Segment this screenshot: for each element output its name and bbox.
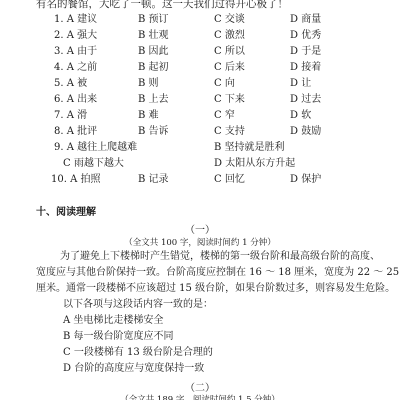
passage-1-line-1: 为了避免上下楼梯时产生错觉，楼梯的第一级台阶和最高级台阶的高度、 xyxy=(60,250,380,264)
question-row-9: 9. A 越往上爬越难 B 坚持就是胜利 xyxy=(0,141,400,155)
option-b: B 起初 xyxy=(138,61,169,75)
option-a: 2. A 强大 xyxy=(54,29,97,43)
option-a: 10. A 拍照 xyxy=(51,173,101,187)
option-c: C 雨越下越大 xyxy=(63,157,124,171)
option-c: C 支持 xyxy=(214,125,245,139)
question-row-3: 3. A 由于 B 因此 C 所以 D 于是 xyxy=(0,45,400,59)
question-row-6: 6. A 出来 B 上去 C 下来 D 过去 xyxy=(0,93,400,107)
option-a: 8. A 批评 xyxy=(54,125,97,139)
passage-1-option-c: C 一段楼梯有 13 级台阶是合理的 xyxy=(63,346,213,360)
question-row-2: 2. A 强大 B 壮观 C 激烈 D 优秀 xyxy=(0,29,400,43)
passage-1-number: （一） xyxy=(0,221,400,236)
option-c: C 后来 xyxy=(214,61,245,75)
option-a: 6. A 出来 xyxy=(54,93,97,107)
option-d: D 太阳从东方升起 xyxy=(214,157,295,171)
passage-1-option-d: D 台阶的高度应与宽度保持一致 xyxy=(63,362,204,376)
option-a: 1. A 建议 xyxy=(54,13,97,27)
option-c: C 回忆 xyxy=(214,173,245,187)
option-d: D 商量 xyxy=(290,13,321,27)
option-c: C 交谈 xyxy=(214,13,245,27)
option-d: D 让 xyxy=(290,77,311,91)
question-row-9b: C 雨越下越大 D 太阳从东方升起 xyxy=(0,157,400,171)
option-d: D 过去 xyxy=(290,93,321,107)
option-b: B 坚持就是胜利 xyxy=(214,141,285,155)
option-c: C 所以 xyxy=(214,45,245,59)
passage-1-meta: （全文共 100 字，阅读时间约 1 分钟） xyxy=(0,236,400,248)
section-title: 十、阅读理解 xyxy=(36,203,96,218)
question-row-10: 10. A 拍照 B 记录 C 回忆 D 保护 xyxy=(0,173,400,187)
passage-1-line-3: 厘米。通常一段楼梯不应该超过 15 级台阶，如果台阶数过多，则容易发生危险。 xyxy=(36,282,395,296)
option-b: B 则 xyxy=(138,77,159,91)
passage-1-line-2: 宽度应与其他台阶保持一致。台阶高度应控制在 16 ～ 18 厘米，宽度为 22 … xyxy=(36,266,399,280)
option-c: C 激烈 xyxy=(214,29,245,43)
passage-1-option-a: A 坐电梯比走楼梯安全 xyxy=(63,314,163,328)
option-c: C 向 xyxy=(214,77,235,91)
option-c: C 窄 xyxy=(214,109,235,123)
option-a: 5. A 被 xyxy=(54,77,87,91)
question-row-8: 8. A 批评 B 告诉 C 支持 D 鼓励 xyxy=(0,125,400,139)
option-b: B 记录 xyxy=(138,173,169,187)
option-b: B 上去 xyxy=(138,93,169,107)
option-d: D 鼓励 xyxy=(290,125,321,139)
option-d: D 软 xyxy=(290,109,311,123)
option-d: D 保护 xyxy=(290,173,321,187)
question-row-7: 7. A 滑 B 难 C 窄 D 软 xyxy=(0,109,400,123)
passage-1-question: 以下各项与这段话内容一致的是： xyxy=(63,298,213,312)
question-row-4: 4. A 之前 B 起初 C 后来 D 接着 xyxy=(0,61,400,75)
question-row-1: 1. A 建议 B 预订 C 交谈 D 商量 xyxy=(0,13,400,27)
intro-line: 有名的餐馆，大吃了一顿。这一天我们过得开心极了！ xyxy=(36,0,288,10)
option-d: D 于是 xyxy=(290,45,321,59)
option-b: B 难 xyxy=(138,109,159,123)
option-d: D 优秀 xyxy=(290,29,321,43)
option-c: C 下来 xyxy=(214,93,245,107)
passage-1-option-b: B 每一级台阶宽度应不同 xyxy=(63,330,174,344)
option-b: B 告诉 xyxy=(138,125,169,139)
option-b: B 壮观 xyxy=(138,29,169,43)
option-a: 7. A 滑 xyxy=(54,109,87,123)
option-a: 9. A 越往上爬越难 xyxy=(54,141,137,155)
passage-2-number: （二） xyxy=(0,379,400,394)
option-b: B 预订 xyxy=(138,13,169,27)
option-d: D 接着 xyxy=(290,61,321,75)
option-b: B 因此 xyxy=(138,45,169,59)
option-a: 3. A 由于 xyxy=(54,45,97,59)
question-row-5: 5. A 被 B 则 C 向 D 让 xyxy=(0,77,400,91)
option-a: 4. A 之前 xyxy=(54,61,97,75)
passage-2-meta: （全文共 189 字，阅读时间约 1.5 分钟） xyxy=(0,393,400,400)
